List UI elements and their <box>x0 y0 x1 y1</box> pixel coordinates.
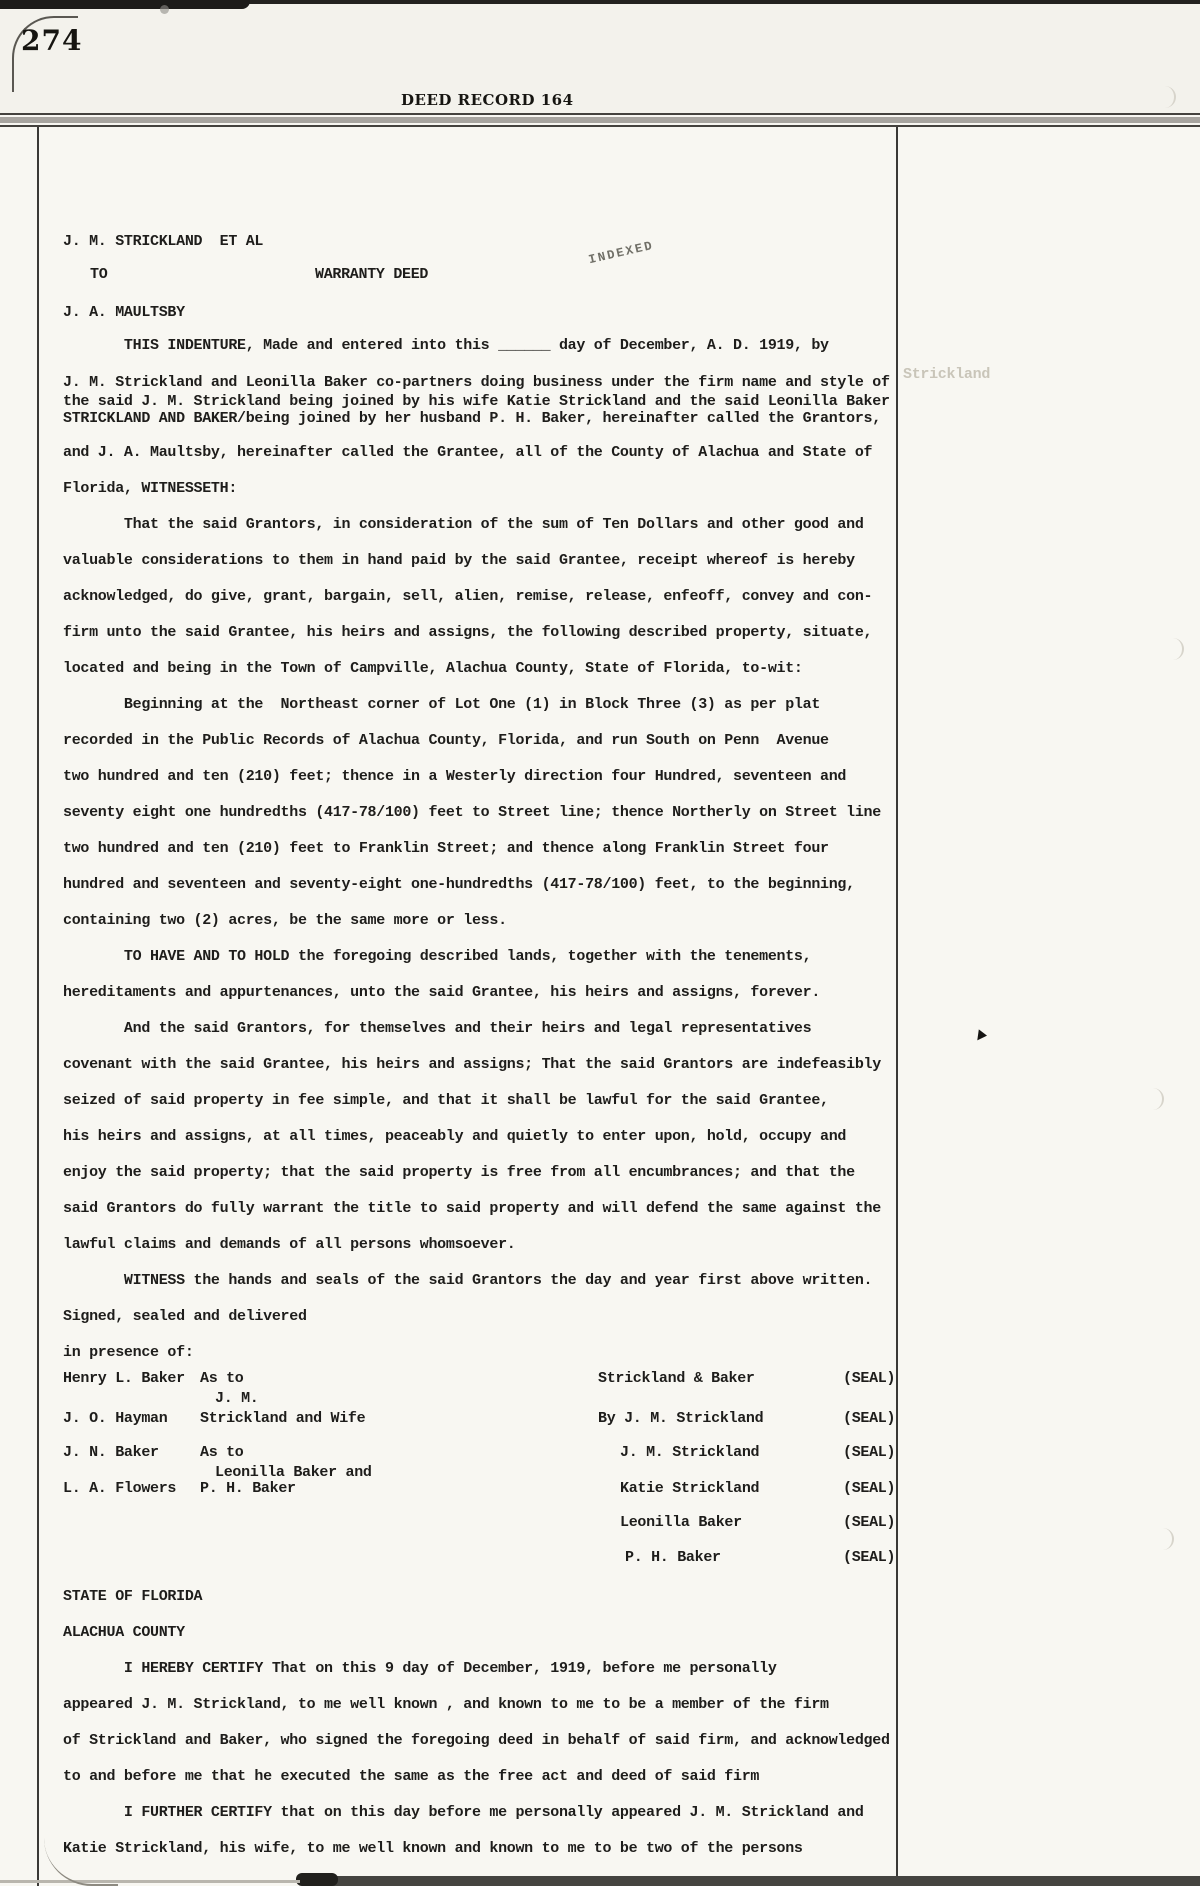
text-line: STRICKLAND AND BAKER/being joined by her… <box>63 410 890 427</box>
firm-insert-lines: the said J. M. Strickland being joined b… <box>63 393 890 427</box>
scan-edge-top-left <box>0 0 250 9</box>
signature-name: P. H. Baker <box>625 1549 721 1566</box>
deed-page: 274 DEED RECORD 164 J. M. STRICKLAND ET … <box>0 0 1200 1886</box>
indexed-stamp: INDEXED <box>587 239 655 268</box>
text-line: Florida, WITNESSETH: <box>63 471 881 507</box>
witness-name: J. N. Baker <box>63 1444 159 1461</box>
witness-note-cont: Leonilla Baker and <box>215 1464 372 1481</box>
text-line: covenant with the said Grantee, his heir… <box>63 1047 881 1083</box>
witness-note: P. H. Baker <box>200 1480 296 1497</box>
text-line: And the said Grantors, for themselves an… <box>63 1011 881 1047</box>
deed-body-text: and J. A. Maultsby, hereinafter called t… <box>63 435 881 1371</box>
ink-blot <box>977 1029 987 1041</box>
signature-name: Katie Strickland <box>620 1480 759 1497</box>
text-line: his heirs and assigns, at all times, pea… <box>63 1119 881 1155</box>
text-line: seized of said property in fee simple, a… <box>63 1083 881 1119</box>
text-line: the said J. M. Strickland being joined b… <box>63 393 890 410</box>
grantee-name: J. A. MAULTSBY <box>63 304 185 321</box>
right-margin-rule <box>896 127 898 1886</box>
text-line: Signed, sealed and delivered <box>63 1299 881 1335</box>
scan-smudge <box>1168 638 1184 660</box>
page-number: 274 <box>21 24 82 57</box>
seal-label: (SEAL) <box>843 1370 895 1387</box>
text-line: to and before me that he executed the sa… <box>63 1759 890 1795</box>
signature-name: By J. M. Strickland <box>598 1410 763 1427</box>
text-line: recorded in the Public Records of Alachu… <box>63 723 881 759</box>
horizontal-rule-band <box>0 117 1200 123</box>
page-corner-curl-bottom <box>44 1838 118 1886</box>
scan-edge-bottom-left <box>0 1880 300 1883</box>
indenture-opening: THIS INDENTURE, Made and entered into th… <box>63 327 890 401</box>
to-label: TO <box>90 266 107 283</box>
scan-edge-blob <box>296 1873 338 1886</box>
scan-smudge <box>1148 1088 1164 1110</box>
text-line: said Grantors do fully warrant the title… <box>63 1191 881 1227</box>
page-header-band <box>0 0 1200 113</box>
seal-label: (SEAL) <box>843 1514 895 1531</box>
witness-note-cont: J. M. <box>215 1390 259 1407</box>
text-line: hereditaments and appurtenances, unto th… <box>63 975 881 1011</box>
seal-label: (SEAL) <box>843 1480 895 1497</box>
book-header: DEED RECORD 164 <box>401 91 574 109</box>
left-margin-rule <box>37 127 39 1886</box>
seal-label: (SEAL) <box>843 1444 895 1461</box>
text-line: containing two (2) acres, be the same mo… <box>63 903 881 939</box>
text-line: enjoy the said property; that the said p… <box>63 1155 881 1191</box>
notary-acknowledgment: STATE OF FLORIDAALACHUA COUNTY I HEREBY … <box>63 1579 890 1867</box>
text-line: TO HAVE AND TO HOLD the foregoing descri… <box>63 939 881 975</box>
horizontal-rule-top <box>0 113 1200 115</box>
text-line: I FURTHER CERTIFY that on this day befor… <box>63 1795 890 1831</box>
text-line: firm unto the said Grantee, his heirs an… <box>63 615 881 651</box>
scan-edge-bottom <box>298 1876 1200 1886</box>
witness-note: As to <box>200 1444 244 1461</box>
text-line: WITNESS the hands and seals of the said … <box>63 1263 881 1299</box>
text-line: appeared J. M. Strickland, to me well kn… <box>63 1687 890 1723</box>
horizontal-rule-bottom <box>0 125 1200 127</box>
text-line: Beginning at the Northeast corner of Lot… <box>63 687 881 723</box>
text-line: Katie Strickland, his wife, to me well k… <box>63 1831 890 1867</box>
text-line: two hundred and ten (210) feet; thence i… <box>63 759 881 795</box>
signature-name: Strickland & Baker <box>598 1370 755 1387</box>
signature-name: Leonilla Baker <box>620 1514 742 1531</box>
text-line: hundred and seventeen and seventy-eight … <box>63 867 881 903</box>
text-line: That the said Grantors, in consideration… <box>63 507 881 543</box>
instrument-type: WARRANTY DEED <box>315 266 428 283</box>
text-line: ALACHUA COUNTY <box>63 1615 890 1651</box>
text-line: seventy eight one hundredths (417-78/100… <box>63 795 881 831</box>
grantor-name: J. M. STRICKLAND ET AL <box>63 233 263 250</box>
witness-name: L. A. Flowers <box>63 1480 176 1497</box>
text-line: I HEREBY CERTIFY That on this 9 day of D… <box>63 1651 890 1687</box>
witness-note: As to <box>200 1370 244 1387</box>
text-line: lawful claims and demands of all persons… <box>63 1227 881 1263</box>
margin-ink-artifact: Strickland <box>903 366 990 383</box>
text-line: two hundred and ten (210) feet to Frankl… <box>63 831 881 867</box>
witness-name: Henry L. Baker <box>63 1370 185 1387</box>
text-line: located and being in the Town of Campvil… <box>63 651 881 687</box>
text-line: in presence of: <box>63 1335 881 1371</box>
scan-smudge <box>1158 1528 1174 1550</box>
text-line: of Strickland and Baker, who signed the … <box>63 1723 890 1759</box>
signature-name: J. M. Strickland <box>620 1444 759 1461</box>
text-line: valuable considerations to them in hand … <box>63 543 881 579</box>
seal-label: (SEAL) <box>843 1410 895 1427</box>
text-line: acknowledged, do give, grant, bargain, s… <box>63 579 881 615</box>
scan-speck <box>160 5 169 14</box>
text-line: THIS INDENTURE, Made and entered into th… <box>63 327 890 364</box>
witness-name: J. O. Hayman <box>63 1410 167 1427</box>
witness-note: Strickland and Wife <box>200 1410 365 1427</box>
text-line: and J. A. Maultsby, hereinafter called t… <box>63 435 881 471</box>
seal-label: (SEAL) <box>843 1549 895 1566</box>
text-line: STATE OF FLORIDA <box>63 1579 890 1615</box>
